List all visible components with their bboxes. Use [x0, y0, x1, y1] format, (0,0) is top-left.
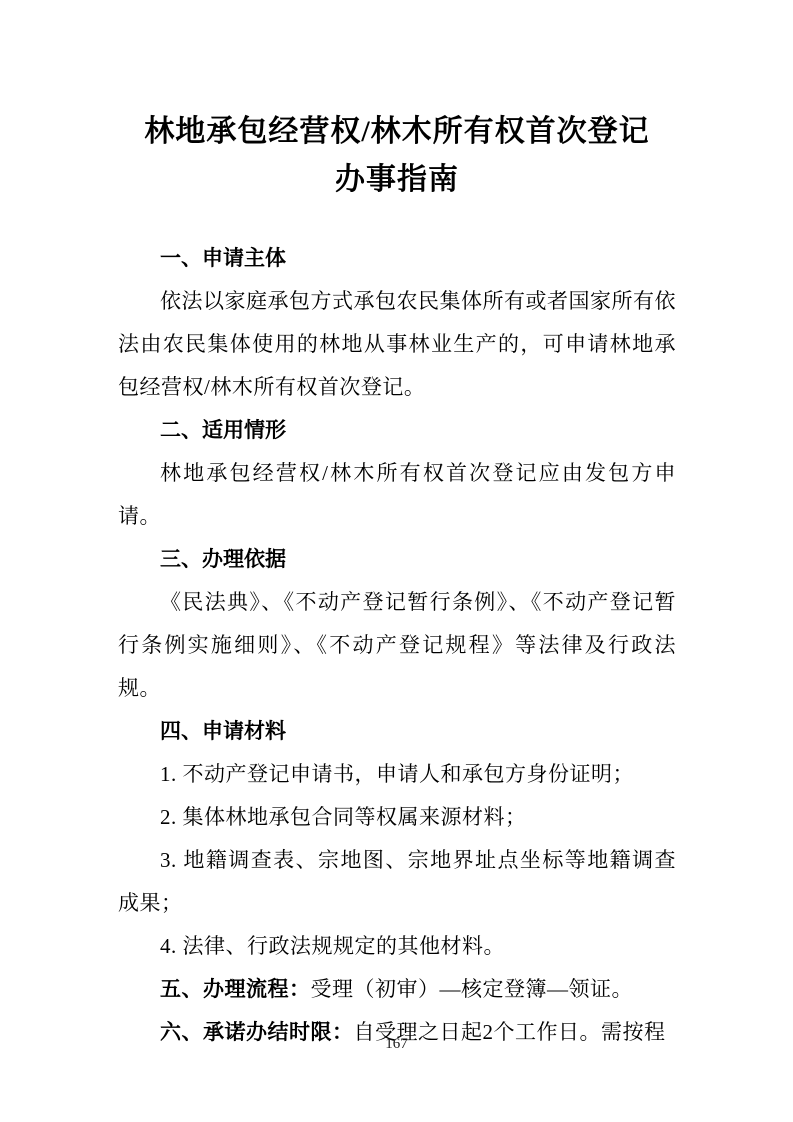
section-heading-applicable-situations: 二、适用情形: [118, 409, 676, 452]
material-item-3: 3. 地籍调查表、宗地图、宗地界址点坐标等地籍调查成果；: [118, 839, 676, 925]
material-item-2: 2. 集体林地承包合同等权属来源材料；: [118, 796, 676, 839]
document-page: 林地承包经营权/林木所有权首次登记 办事指南 一、申请主体 依法以家庭承包方式承…: [0, 0, 793, 1122]
document-content: 林地承包经营权/林木所有权首次登记 办事指南 一、申请主体 依法以家庭承包方式承…: [118, 108, 676, 1054]
section-heading-application-materials: 四、申请材料: [118, 710, 676, 753]
section-body-applicable-situations: 林地承包经营权/林木所有权首次登记应由发包方申请。: [118, 452, 676, 538]
section-body-applicant: 依法以家庭承包方式承包农民集体所有或者国家所有依法由农民集体使用的林地从事林业生…: [118, 280, 676, 409]
material-item-1: 1. 不动产登记申请书，申请人和承包方身份证明；: [118, 753, 676, 796]
section-process: 五、办理流程：受理（初审）—核定登簿—领证。: [118, 968, 676, 1011]
section-heading-process: 五、办理流程：: [160, 978, 311, 1001]
section-heading-legal-basis: 三、办理依据: [118, 538, 676, 581]
section-heading-applicant: 一、申请主体: [118, 237, 676, 280]
section-body-process: 受理（初审）—核定登簿—领证。: [311, 977, 634, 1001]
page-number: 167: [0, 1036, 793, 1053]
material-item-4: 4. 法律、行政法规规定的其他材料。: [118, 925, 676, 968]
document-title: 林地承包经营权/林木所有权首次登记 办事指南: [118, 108, 676, 204]
section-body-legal-basis: 《民法典》、《不动产登记暂行条例》、《不动产登记暂行条例实施细则》、《不动产登记…: [118, 581, 676, 710]
document-title-line2: 办事指南: [335, 163, 459, 196]
document-title-line1: 林地承包经营权/林木所有权首次登记: [144, 115, 649, 148]
